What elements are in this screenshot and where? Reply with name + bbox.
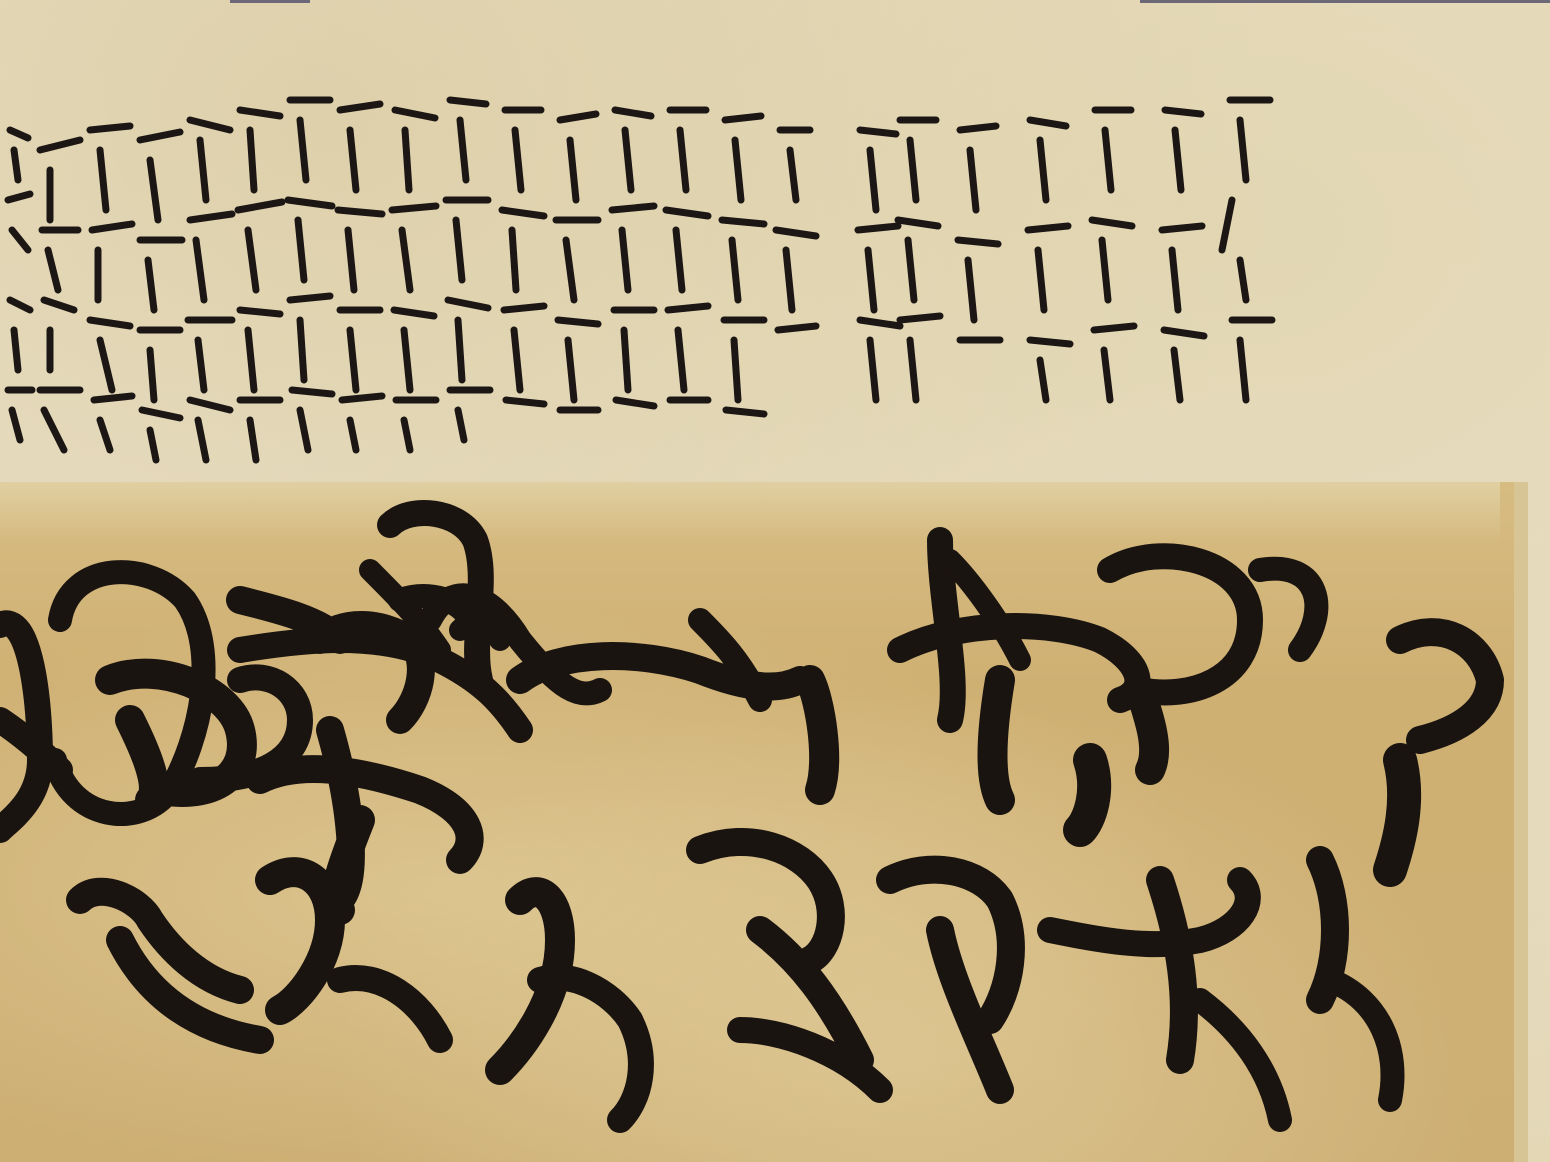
large-cursive-calligraphy — [0, 0, 1550, 1162]
